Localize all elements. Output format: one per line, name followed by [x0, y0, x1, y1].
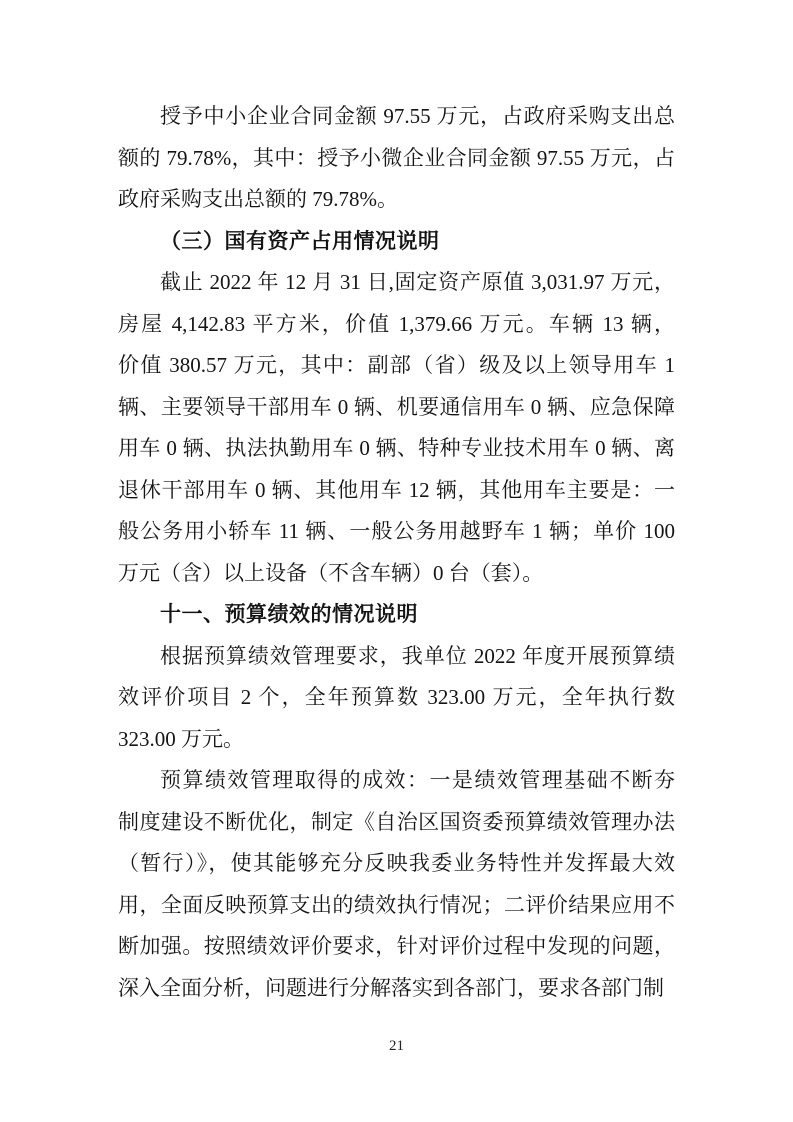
paragraph-line: 授予中小企业合同金额 97.55 万元，占政府采购支出总: [118, 96, 675, 138]
paragraph-line: 额的 79.78%，其中：授予小微企业合同金额 97.55 万元，占: [118, 138, 675, 180]
paragraph-line: 效评价项目 2 个，全年预算数 323.00 万元，全年执行数: [118, 677, 675, 719]
paragraph-line: 323.00 万元。: [118, 719, 675, 761]
paragraph-line: 断加强。按照绩效评价要求，针对评价过程中发现的问题，: [118, 926, 675, 968]
paragraph-line: 用，全面反映预算支出的绩效执行情况；二评价结果应用不: [118, 885, 675, 927]
paragraph-line: 深入全面分析，问题进行分解落实到各部门，要求各部门制: [118, 968, 675, 1010]
page-number: 21: [0, 1036, 793, 1056]
paragraph-line: 用车 0 辆、执法执勤用车 0 辆、特种专业技术用车 0 辆、离: [118, 428, 675, 470]
paragraph-line: 截止 2022 年 12 月 31 日,固定资产原值 3,031.97 万元，: [118, 262, 675, 304]
paragraph-line: 万元（含）以上设备（不含车辆）0 台（套）。: [118, 553, 675, 595]
paragraph-line: 辆、主要领导干部用车 0 辆、机要通信用车 0 辆、应急保障: [118, 387, 675, 429]
paragraph-line: 般公务用小轿车 11 辆、一般公务用越野车 1 辆；单价 100: [118, 511, 675, 553]
paragraph-line: 根据预算绩效管理要求，我单位 2022 年度开展预算绩: [118, 636, 675, 678]
paragraph-line: 房屋 4,142.83 平方米，价值 1,379.66 万元。车辆 13 辆，: [118, 304, 675, 346]
section-heading: （三）国有资产占用情况说明: [118, 221, 675, 263]
paragraph-line: 预算绩效管理取得的成效：一是绩效管理基础不断夯实，: [118, 760, 675, 802]
section-heading: 十一、预算绩效的情况说明: [118, 594, 675, 636]
document-page: 授予中小企业合同金额 97.55 万元，占政府采购支出总额的 79.78%，其中…: [0, 0, 793, 1122]
paragraph-line: 退休干部用车 0 辆、其他用车 12 辆，其他用车主要是：一: [118, 470, 675, 512]
paragraph-line: 制度建设不断优化，制定《自治区国资委预算绩效管理办法: [118, 802, 675, 844]
paragraph-line: 价值 380.57 万元，其中：副部（省）级及以上领导用车 1: [118, 345, 675, 387]
paragraph-line: （暂行）》，使其能够充分反映我委业务特性并发挥最大效: [118, 843, 675, 885]
document-body: 授予中小企业合同金额 97.55 万元，占政府采购支出总额的 79.78%，其中…: [118, 96, 675, 1009]
paragraph-line: 政府采购支出总额的 79.78%。: [118, 179, 675, 221]
